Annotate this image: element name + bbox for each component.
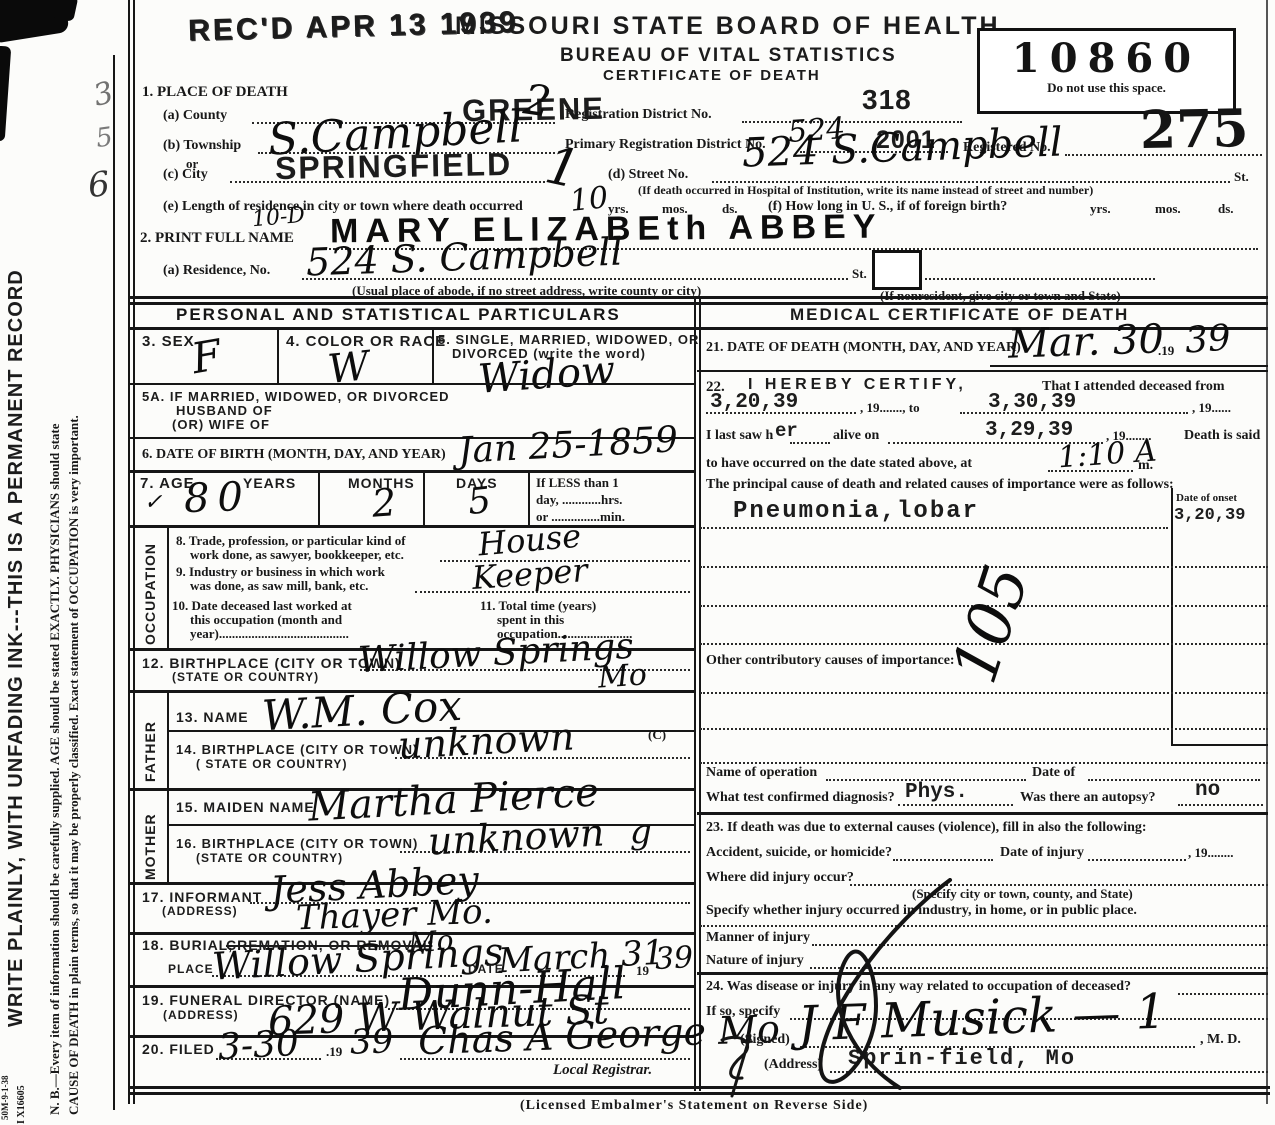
rule xyxy=(790,442,830,444)
father-birthplace-value: unknown xyxy=(397,717,575,764)
occupation-vertical-label: OCCUPATION xyxy=(143,530,157,645)
autopsy-value: no xyxy=(1195,780,1220,801)
county-label: (a) County xyxy=(163,108,227,124)
rule xyxy=(113,55,115,1110)
burial-place-label: PLACE xyxy=(168,963,214,975)
spouse-label: 5A. IF MARRIED, WIDOWED, OR DIVORCED xyxy=(142,390,450,403)
signature-flourish xyxy=(792,878,992,1096)
sidebar-warning: WRITE PLAINLY, WITH UNFADING INK---THIS … xyxy=(6,92,26,1027)
rule xyxy=(130,525,695,528)
rule xyxy=(1088,779,1260,781)
section1-title: 1. PLACE OF DEATH xyxy=(142,84,288,101)
filed-year-pre: .19 xyxy=(326,1044,342,1060)
name-annotation: 10-D xyxy=(251,205,306,232)
rule xyxy=(706,412,856,414)
principal-cause-label: The principal cause of death and related… xyxy=(706,477,1174,493)
margin-scribble: 6 xyxy=(86,167,111,203)
rule xyxy=(990,365,1268,367)
full-name-label: 2. PRINT FULL NAME xyxy=(140,230,294,247)
birthplace-state-value: Mo xyxy=(597,660,648,693)
rule xyxy=(700,527,1168,529)
date-of-death-value: Mar. 30 xyxy=(1007,319,1164,364)
if-so-label: If so, specify xyxy=(706,1004,780,1020)
rule xyxy=(528,473,530,525)
industry-value: Keeper xyxy=(471,554,589,594)
registration-district-value: 318 xyxy=(862,86,912,114)
rule xyxy=(423,473,425,525)
rule xyxy=(700,692,1268,694)
rule xyxy=(742,121,962,123)
marital-value: Widow xyxy=(477,350,617,399)
death-certificate-scan: WRITE PLAINLY, WITH UNFADING INK---THIS … xyxy=(0,0,1275,1125)
nature-label: Nature of injury xyxy=(706,953,804,969)
local-registrar-label: Local Registrar. xyxy=(553,1062,652,1079)
rule xyxy=(128,0,130,1104)
date-of-death-label: 21. DATE OF DEATH (MONTH, DAY, AND YEAR) xyxy=(706,340,1021,356)
industry-label2: was done, as saw mill, bank, etc. xyxy=(190,578,368,594)
accident-label: Accident, suicide, or homicide? xyxy=(706,845,892,861)
primary-registration-label: Primary Registration District No. xyxy=(565,137,766,153)
street-no-label: (d) Street No. xyxy=(608,167,688,183)
rule xyxy=(898,804,1013,806)
age-years-value: 80 xyxy=(183,477,251,519)
mos-label2: mos. xyxy=(1155,201,1181,217)
rule xyxy=(893,859,993,861)
death-year-pre: .19 xyxy=(1158,343,1174,359)
sidebar-note-line1: N. B.—Every item of information should b… xyxy=(47,60,63,1115)
rule xyxy=(700,762,1268,764)
mother-vertical-label: MOTHER xyxy=(143,798,157,880)
informant-address-value: Thayer Mo. xyxy=(295,895,493,936)
md-label: , M. D. xyxy=(1200,1032,1241,1048)
last-saw-label: I last saw h xyxy=(706,428,773,444)
rule xyxy=(694,299,696,1091)
father-vertical-label: FATHER xyxy=(143,702,157,782)
rule xyxy=(1266,0,1268,1104)
registrar-scrawl xyxy=(712,1030,772,1100)
autopsy-label: Was there an autopsy? xyxy=(1020,790,1155,806)
occurred-label: to have occurred on the date stated abov… xyxy=(706,456,972,472)
filed-date-value: 3-30 xyxy=(217,1026,300,1066)
city-label: (c) City xyxy=(163,167,208,183)
onset-value: 3,20,39 xyxy=(1174,507,1266,524)
informant-address-label: (ADDRESS) xyxy=(162,905,238,917)
birthplace-label2: (STATE OR COUNTRY) xyxy=(172,671,319,683)
rule xyxy=(925,278,1155,280)
father-name-label: 13. NAME xyxy=(176,710,249,724)
form-subtitle: BUREAU OF VITAL STATISTICS xyxy=(560,46,897,65)
dob-label: 6. DATE OF BIRTH (MONTH, DAY, AND YEAR) xyxy=(142,447,446,463)
form-code2: I X16605 xyxy=(16,1032,27,1124)
rule xyxy=(1171,744,1268,746)
less-than-label2: day, ............hrs. xyxy=(536,492,622,508)
filed-label: 20. FILED xyxy=(142,1042,215,1056)
personal-section-title: PERSONAL AND STATISTICAL PARTICULARS xyxy=(176,306,621,323)
ward-box xyxy=(872,250,922,290)
birthplace-value: Willow Springs xyxy=(357,629,634,679)
rule xyxy=(700,728,1268,730)
years-label: YEARS xyxy=(243,476,296,490)
to-label: , 19......., to xyxy=(860,400,920,416)
rule xyxy=(697,370,1268,372)
rule xyxy=(1171,488,1173,746)
external-causes-label: 23. If death was due to external causes … xyxy=(706,820,1147,836)
rule xyxy=(1048,470,1133,472)
residence-label: (a) Residence, No. xyxy=(163,263,270,279)
occurred-m-label: m. xyxy=(1138,458,1153,474)
filed-year-value: 39 xyxy=(349,1024,393,1059)
sidebar-note-line2: CAUSE OF DEATH in plain terms, so that i… xyxy=(66,60,82,1115)
spouse-label3: (OR) WIFE OF xyxy=(172,418,270,431)
rule xyxy=(133,0,135,1104)
rule xyxy=(130,1092,1270,1095)
operation-label: Name of operation xyxy=(706,765,817,781)
rule xyxy=(318,473,320,525)
sex-value: F xyxy=(189,334,225,380)
rule xyxy=(697,812,1268,815)
form-title: MISSOURI STATE BOARD OF HEALTH xyxy=(455,14,1001,39)
last-saw-er: er xyxy=(775,422,798,441)
temperature-annotation: 105 xyxy=(943,558,1039,690)
rule xyxy=(1088,859,1186,861)
registration-district-label: Registration District No. xyxy=(565,107,712,123)
handwritten-mark-2: 2 xyxy=(521,78,553,123)
dob-value: Jan 25-1859 xyxy=(457,422,679,469)
mother-birthplace-note: g xyxy=(630,815,652,849)
last-worked-label3: year)...................................… xyxy=(190,626,349,642)
mother-birthplace-label: 16. BIRTHPLACE (CITY OR TOWN) xyxy=(176,837,418,850)
spouse-label2: HUSBAND OF xyxy=(176,404,273,417)
injury-date-label: Date of injury xyxy=(1000,845,1084,861)
test-label: What test confirmed diagnosis? xyxy=(706,790,895,806)
cause-of-death-value: Pneumonia,lobar xyxy=(733,500,979,524)
rule xyxy=(277,330,279,383)
attended-from-value: 3,20,39 xyxy=(710,392,798,413)
embalmer-note: (Licensed Embalmer's Statement on Revers… xyxy=(520,1098,868,1114)
street-no-value: 524 S.Campbell xyxy=(741,122,1063,173)
onset-label: Date of onset xyxy=(1176,492,1237,504)
last-saw-date: 3,29,39 xyxy=(985,420,1073,441)
mother-birthplace-label2: (STATE OR COUNTRY) xyxy=(196,852,343,864)
yrs-label2: yrs. xyxy=(1090,201,1111,217)
trade-label2: work done, as sawyer, bookkeeper, etc. xyxy=(190,547,404,563)
death-said-label: Death is said xyxy=(1184,428,1260,444)
informant-label: 17. INFORMANT xyxy=(142,890,262,904)
age-checkmark: ✓ xyxy=(144,492,162,514)
ds-label2: ds. xyxy=(1218,201,1234,217)
township-label: (b) Township xyxy=(163,138,241,154)
to-year-label: , 19...... xyxy=(1192,400,1231,416)
father-birthplace-label2: ( STATE OR COUNTRY) xyxy=(196,758,347,770)
less-than-label: If LESS than 1 xyxy=(536,475,619,491)
father-birthplace-note: (C) xyxy=(648,727,666,743)
alive-on-label: alive on xyxy=(833,428,879,444)
death-year-value: 39 xyxy=(1184,320,1232,359)
age-days-value: 5 xyxy=(466,483,493,521)
test-value: Phys. xyxy=(905,782,968,803)
rule xyxy=(1178,993,1268,995)
rule xyxy=(167,528,169,648)
form-code: 50M-9-1-38 xyxy=(0,1015,10,1120)
form-subtitle2: CERTIFICATE OF DEATH xyxy=(603,68,821,83)
rule xyxy=(130,470,695,473)
burial-year-value: 39 xyxy=(654,943,694,975)
rule xyxy=(1178,804,1263,806)
funeral-director-address-label: (ADDRESS) xyxy=(163,1009,239,1021)
mother-birthplace-value: unknown xyxy=(427,813,605,860)
rule xyxy=(130,1086,1270,1089)
hospital-note: (If death occurred in Hospital of Instit… xyxy=(638,183,1093,198)
do-not-use-label: Do not use this space. xyxy=(980,80,1233,96)
father-birthplace-label: 14. BIRTHPLACE (CITY OR TOWN) xyxy=(176,743,418,756)
rule xyxy=(960,412,1188,414)
registered-no-value: 275 xyxy=(1140,103,1249,157)
st-suffix: St. xyxy=(1234,169,1249,185)
contributory-label: Other contributory causes of importance: xyxy=(706,653,955,669)
rule xyxy=(167,790,169,882)
sex-label: 3. SEX xyxy=(142,334,195,349)
certificate-number: 10860 xyxy=(980,35,1233,82)
age-months-value: 2 xyxy=(371,483,398,523)
margin-scribble: 5 xyxy=(94,124,114,152)
city-value: SPRINGFIELD xyxy=(275,148,513,184)
date-of-label: Date of xyxy=(1032,765,1075,781)
injury-year-label: , 19........ xyxy=(1188,845,1234,861)
st-suffix2: St. xyxy=(852,266,867,282)
rule xyxy=(167,692,169,788)
mother-name-label: 15. MAIDEN NAME xyxy=(176,800,315,814)
residence-value: 524 S. Campbell xyxy=(305,232,623,281)
marital-label: 5. SINGLE, MARRIED, WIDOWED, OR xyxy=(438,333,699,346)
burial-year-pre: 19 xyxy=(636,963,649,979)
rule xyxy=(130,383,695,385)
attended-to-value: 3,30,39 xyxy=(988,392,1076,413)
